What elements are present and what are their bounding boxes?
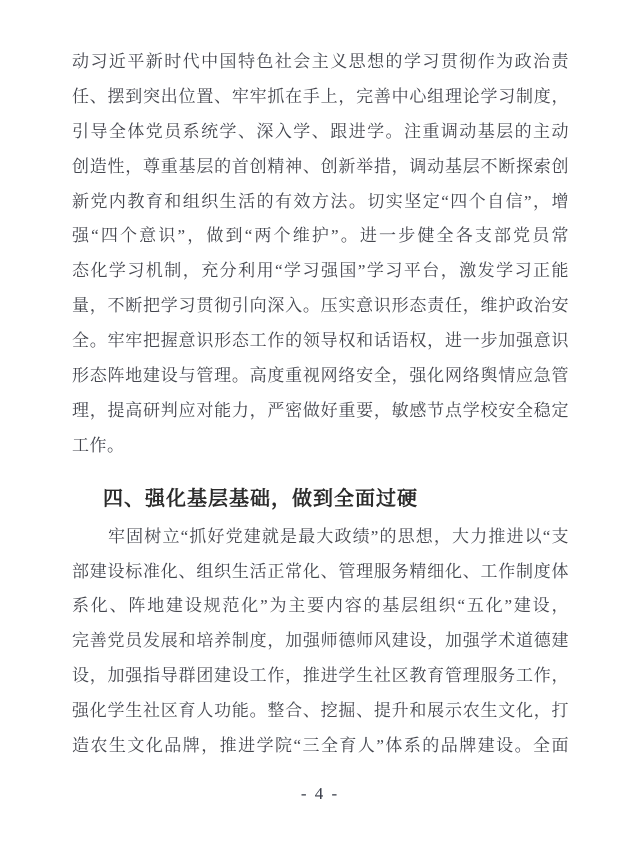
body-line: 形态阵地建设与管理。高度重视网络安全，强化网络舆情应急管 xyxy=(72,359,569,394)
text-block: 动习近平新时代中国特色社会主义思想的学习贯彻作为政治责 任、摆到突出位置、牢牢抓… xyxy=(72,45,569,764)
body-line: 全。牢牢把握意识形态工作的领导权和话语权，进一步加强意识 xyxy=(72,324,569,359)
body-line: 创造性，尊重基层的首创精神、创新举措，调动基层不断探索创 xyxy=(72,150,569,185)
body-line: 任、摆到突出位置、牢牢抓在手上，完善中心组理论学习制度， xyxy=(72,80,569,115)
document-page: 动习近平新时代中国特色社会主义思想的学习贯彻作为政治责 任、摆到突出位置、牢牢抓… xyxy=(0,0,640,850)
body-line: 理，提高研判应对能力，严密做好重要，敏感节点学校安全稳定 xyxy=(72,394,569,429)
body-line: 设，加强指导群团建设工作，推进学生社区教育管理服务工作， xyxy=(72,659,569,694)
body-line: 完善党员发展和培养制度，加强师德师风建设，加强学术道德建 xyxy=(72,624,569,659)
body-line: 造农生文化品牌，推进学院“三全育人”体系的品牌建设。全面 xyxy=(72,729,569,764)
body-line: 牢固树立“抓好党建就是最大政绩”的思想，大力推进以“支 xyxy=(72,520,569,555)
body-line: 部建设标准化、组织生活正常化、管理服务精细化、工作制度体 xyxy=(72,555,569,590)
body-line: 强“四个意识”，做到“两个维护”。进一步健全各支部党员常 xyxy=(72,219,569,254)
body-line: 新党内教育和组织生活的有效方法。切实坚定“四个自信”，增 xyxy=(72,185,569,220)
paragraph-section-four: 牢固树立“抓好党建就是最大政绩”的思想，大力推进以“支 部建设标准化、组织生活正… xyxy=(72,520,569,764)
body-line: 强化学生社区育人功能。整合、挖掘、提升和展示农生文化，打 xyxy=(72,694,569,729)
body-line: 动习近平新时代中国特色社会主义思想的学习贯彻作为政治责 xyxy=(72,45,569,80)
body-line: 引导全体党员系统学、深入学、跟进学。注重调动基层的主动性、 xyxy=(72,115,569,150)
page-number-footer: - 4 - xyxy=(0,784,640,804)
paragraph-continuation: 动习近平新时代中国特色社会主义思想的学习贯彻作为政治责 任、摆到突出位置、牢牢抓… xyxy=(72,45,569,464)
body-line: 工作。 xyxy=(72,429,569,464)
body-line: 态化学习机制，充分利用“学习强国”学习平台，激发学习正能 xyxy=(72,254,569,289)
body-line: 量，不断把学习贯彻引向深入。压实意识形态责任，维护政治安 xyxy=(72,289,569,324)
section-heading: 四、强化基层基础，做到全面过硬 xyxy=(103,482,569,517)
body-line: 系化、阵地建设规范化”为主要内容的基层组织“五化”建设， xyxy=(72,589,569,624)
